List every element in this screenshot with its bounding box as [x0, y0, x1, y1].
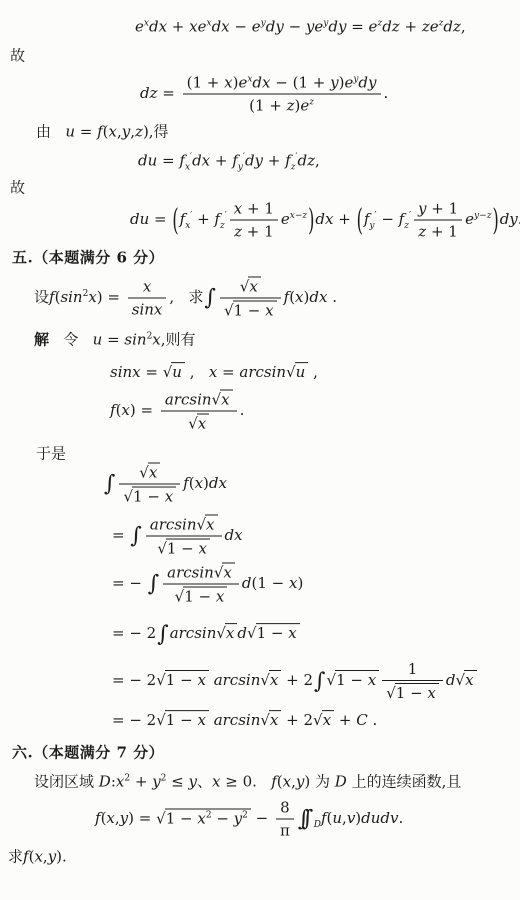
radical: √x [313, 710, 334, 730]
numerator: x [128, 278, 167, 299]
radical: √1 − x [175, 587, 228, 606]
label-gu-2: 故 [10, 179, 25, 198]
radicand: 1 − x [166, 539, 210, 558]
radical: √x [260, 710, 281, 730]
radical: √1 − x [156, 670, 209, 690]
radicand: 1 − x [183, 587, 227, 606]
eq-sinx-substitution: sinx = √u , x = arcsin√u , [110, 362, 318, 382]
denominator: π [276, 820, 294, 840]
fraction: arcsin√x√1 − x [146, 515, 222, 558]
numerator: 8 [276, 799, 294, 820]
radicand: u [171, 362, 185, 382]
denominator: (1 + z)ez [183, 95, 381, 115]
label-gu-1: 故 [10, 47, 25, 66]
denominator: √1 − x [163, 585, 239, 606]
radical: √x [216, 623, 237, 643]
eq-du-differential: du = fx′dx + fy′dy + fz′dz, [138, 152, 320, 171]
radical: √u [286, 362, 308, 382]
eq-dz-fraction: dz = (1 + x)exdx − (1 + y)eydy(1 + z)ez. [140, 74, 388, 115]
integral-step-1: ∫√x√1 − xf(x)dx [103, 463, 227, 506]
radicand: 1 − x [132, 487, 176, 506]
fraction: (1 + x)exdx − (1 + y)eydy(1 + z)ez [183, 74, 381, 115]
numerator: x + 1 [230, 200, 278, 221]
radicand: x [322, 710, 334, 730]
numerator: arcsin√x [163, 563, 239, 585]
eq-fxy-integral: f(x,y) = √1 − x2 − y2 − 8π∫∫Df(u,v)dudv. [95, 799, 403, 840]
radicand: 1 − x [165, 670, 209, 690]
radical: √x [196, 515, 217, 534]
label-yushi: 于是 [36, 445, 66, 464]
radical: √1 − x2 − y2 [156, 808, 251, 828]
integral-step-3: = − ∫arcsin√x√1 − xd(1 − x) [112, 563, 303, 606]
radicand: x [269, 670, 281, 690]
fraction: 8π [276, 799, 294, 840]
numerator: y + 1 [414, 200, 462, 221]
radicand: 1 − x [165, 710, 209, 730]
radical: √u [163, 362, 185, 382]
denominator: √1 − x [146, 537, 222, 558]
fraction: arcsin√x√x [161, 390, 237, 433]
radicand: 1 − x [335, 670, 379, 690]
scanned-math-solution-page: exdx + xexdx − eydy − yeydy = ezdz + zez… [0, 0, 520, 900]
fraction: xsinx [128, 278, 167, 319]
numerator: arcsin√x [146, 515, 222, 537]
radical: √1 − x [157, 539, 210, 558]
fraction: arcsin√x√1 − x [163, 563, 239, 606]
denominator: √x [161, 412, 237, 433]
radical: √x [456, 670, 477, 690]
radicand: x [205, 515, 217, 534]
radicand: x [148, 463, 160, 482]
eq-du-expanded: du = (fx′ + fz′x + 1z + 1ex−z)dx + (fy′ … [130, 200, 520, 241]
problem6-question: 求f(x,y). [8, 848, 67, 867]
integral-step-6: = − 2√1 − x arcsin√x + 2√x + C . [112, 710, 377, 730]
radical: √1 − x [224, 301, 277, 320]
integral-step-5: = − 2√1 − x arcsin√x + 2∫√1 − x1√1 − xd√… [112, 660, 477, 702]
fraction: y + 1z + 1 [414, 200, 462, 241]
big-paren: ) [307, 202, 315, 239]
radical: √x [240, 277, 261, 296]
radical: √x [212, 390, 233, 409]
big-paren: ( [356, 202, 364, 239]
denominator: sinx [128, 299, 167, 319]
problem6-statement: 设闭区域 D:x2 + y2 ≤ y、x ≥ 0. f(x,y) 为 D 上的连… [34, 773, 461, 792]
radicand: x [220, 390, 232, 409]
radicand: u [295, 362, 309, 382]
radicand: 1 − x [395, 683, 439, 702]
radical: √1 − x [327, 670, 380, 690]
denominator: √1 − x [382, 681, 443, 702]
radicand: x [222, 563, 234, 582]
denominator: z + 1 [414, 221, 462, 241]
radical: √x [139, 463, 160, 482]
eq-exponential-expanded: exdx + xexdx − eydy − yeydy = ezdz + zez… [135, 18, 466, 37]
radical: √x [188, 414, 209, 433]
fraction: √x√1 − x [119, 463, 180, 506]
radicand: x [197, 414, 209, 433]
eq-fx-expression: f(x) = arcsin√x√x. [110, 390, 244, 433]
radicand: 1 − x2 − y2 [165, 808, 251, 828]
numerator: √x [119, 463, 180, 485]
denominator: √1 − x [119, 485, 180, 506]
denominator: √1 − x [220, 299, 281, 320]
numerator: 1 [382, 660, 443, 681]
numerator: √x [220, 277, 281, 299]
problem6-heading: 六.（本题满分 7 分） [12, 744, 164, 763]
radical: √1 − x [156, 710, 209, 730]
fraction: √x√1 − x [220, 277, 281, 320]
numerator: (1 + x)exdx − (1 + y)eydy [183, 74, 381, 95]
radicand: x [248, 277, 260, 296]
problem5-solution-intro: 解 令 u = sin2x,则有 [34, 331, 196, 350]
radicand: x [269, 710, 281, 730]
radicand: 1 − x [256, 623, 300, 643]
problem5-statement: 设f(sin2x) = xsinx, 求∫√x√1 − xf(x)dx . [34, 277, 337, 320]
fraction: x + 1z + 1 [230, 200, 278, 241]
radical: √1 − x [247, 623, 300, 643]
line-u-definition: 由 u = f(x,y,z),得 [36, 123, 169, 142]
radical: √x [260, 670, 281, 690]
problem5-heading: 五.（本题满分 6 分） [12, 249, 164, 268]
big-paren: ) [491, 202, 499, 239]
denominator: z + 1 [230, 221, 278, 241]
radical: √1 − x [386, 683, 439, 702]
radical: √1 − x [123, 487, 176, 506]
radicand: x [225, 623, 237, 643]
fraction: 1√1 − x [382, 660, 443, 702]
numerator: arcsin√x [161, 390, 237, 412]
radicand: x [464, 670, 476, 690]
radical: √x [214, 563, 235, 582]
integral-step-2: = ∫arcsin√x√1 − xdx [112, 515, 243, 558]
integral-step-4: = − 2∫arcsin√xd√1 − x [112, 623, 300, 643]
radicand: 1 − x [233, 301, 277, 320]
big-paren: ( [171, 202, 179, 239]
